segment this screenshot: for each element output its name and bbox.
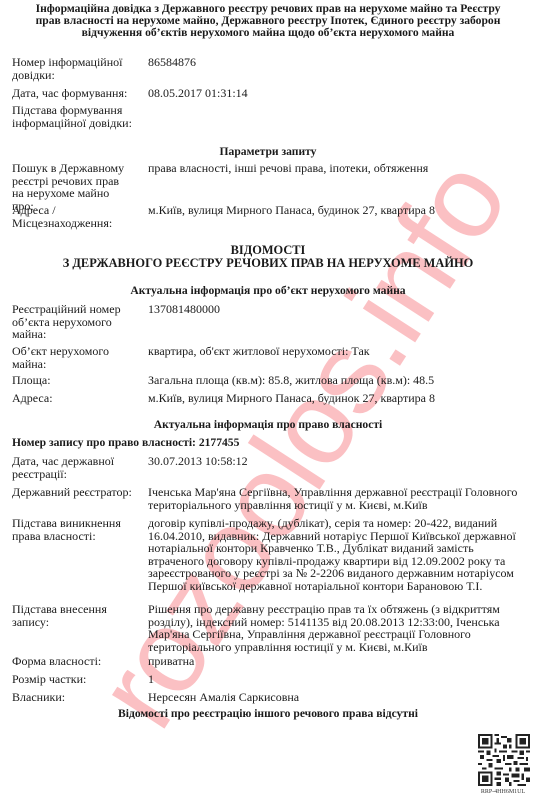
field-value: м.Київ, вулиця Мирного Панаса, будинок 2… — [148, 204, 526, 217]
document-title: Інформаційна довідка з Державного реєстр… — [20, 3, 516, 40]
field-value: Іченська Мар'яна Сергіївна, Управління д… — [148, 486, 526, 511]
field-label: Дата, час формування: — [12, 87, 152, 100]
field-value: права власності, інші речові права, іпот… — [148, 162, 526, 175]
title-line: З ДЕРЖАВНОГО РЕЄСТРУ РЕЧОВИХ ПРАВ НА НЕР… — [0, 257, 536, 270]
field-value: 30.07.2013 10:58:12 — [148, 455, 526, 468]
field-value: Нерсесян Амалія Саркисовна — [148, 691, 526, 704]
registry-title: ВІДОМОСТІ З ДЕРЖАВНОГО РЕЄСТРУ РЕЧОВИХ П… — [0, 244, 536, 269]
field-value: 86584876 — [148, 56, 526, 69]
field-value: 137081480000 — [148, 303, 526, 316]
section-title-ownership: Актуальна інформація про право власності — [0, 419, 536, 432]
field-value: 1 — [148, 673, 526, 686]
field-label: Об’єкт нерухомого майна: — [12, 345, 117, 370]
section-title-other-rights: Відомості про реєстрацію іншого речового… — [0, 708, 536, 721]
field-label: Власники: — [12, 691, 142, 704]
document-page: rozoolos.info Інформаційна довідка з Дер… — [0, 0, 536, 800]
title-line: відчуження об’єктів нерухомого майна щод… — [20, 27, 516, 39]
field-label: Державний реєстратор: — [12, 486, 142, 499]
field-label: Розмір частки: — [12, 673, 142, 686]
field-value: договір купівлі-продажу, (дублікат), сер… — [148, 517, 526, 592]
field-value: Рішення про державну реєстрацію прав та … — [148, 603, 526, 653]
field-label: Площа: — [12, 374, 142, 387]
qr-code-icon — [478, 734, 530, 786]
qr-code-label: RRP-4HH6M1UL — [470, 789, 536, 796]
field-value: м.Київ, вулиця Мирного Панаса, будинок 2… — [148, 392, 526, 405]
title-line: ВІДОМОСТІ — [0, 244, 536, 257]
field-value: приватна — [148, 655, 526, 668]
field-label: Номер інформаційної довідки: — [12, 56, 142, 81]
field-value: квартира, об'єкт житлової нерухомості: Т… — [148, 345, 526, 358]
field-label: Реєстраційний номер об’єкта нерухомого м… — [12, 303, 124, 341]
field-label: Підстава виникнення права власності: — [12, 517, 132, 542]
field-value: 08.05.2017 01:31:14 — [148, 87, 526, 100]
field-label: Підстава формування інформаційної довідк… — [12, 104, 137, 129]
field-value: Загальна площа (кв.м): 85.8, житлова пло… — [148, 374, 526, 387]
field-label: Дата, час державної реєстрації: — [12, 455, 122, 480]
section-title-object: Актуальна інформація про об’єкт нерухомо… — [0, 285, 536, 298]
field-label: Адреса / Місцезнаходження: — [12, 204, 112, 229]
field-label: Адреса: — [12, 392, 142, 405]
ownership-record-number: Номер запису про право власності: 217745… — [12, 437, 239, 450]
field-label: Підстава внесення запису: — [12, 603, 117, 628]
field-label: Форма власності: — [12, 655, 142, 668]
section-title-query: Параметри запиту — [0, 146, 536, 159]
